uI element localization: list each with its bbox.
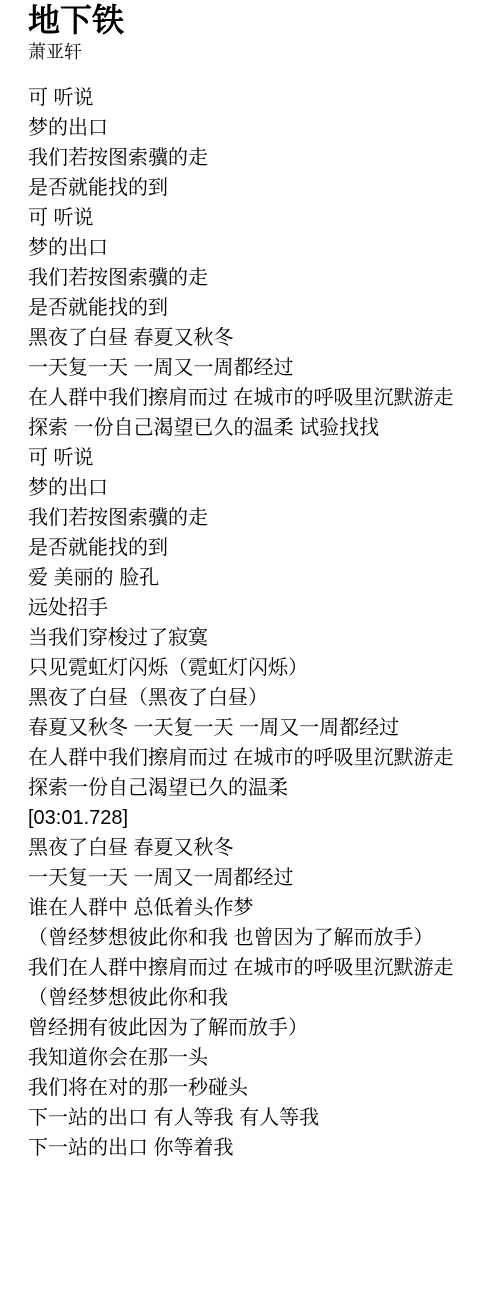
lyric-line: 黑夜了白昼 春夏又秋冬 <box>28 833 482 863</box>
lyric-line: 我们若按图索骥的走 <box>28 263 482 293</box>
lyric-line: 我们在人群中擦肩而过 在城市的呼吸里沉默游走 <box>28 953 482 983</box>
lyric-line: 一天复一天 一周又一周都经过 <box>28 353 482 383</box>
lyric-line: 爱 美丽的 脸孔 <box>28 563 482 593</box>
lyric-line: 可 听说 <box>28 443 482 473</box>
lyric-line: 我知道你会在那一头 <box>28 1043 482 1073</box>
lyric-line: 探索一份自己渴望已久的温柔 <box>28 773 482 803</box>
lyric-line: 我们将在对的那一秒碰头 <box>28 1073 482 1103</box>
lyric-line: 黑夜了白昼 春夏又秋冬 <box>28 323 482 353</box>
lyric-line: 当我们穿梭过了寂寞 <box>28 623 482 653</box>
lyric-line: 探索 一份自己渴望已久的温柔 试验找找 <box>28 413 482 443</box>
lyric-line: 远处招手 <box>28 593 482 623</box>
lyric-line: 我们若按图索骥的走 <box>28 503 482 533</box>
lyric-line: 下一站的出口 有人等我 有人等我 <box>28 1103 482 1133</box>
lyric-line: 在人群中我们擦肩而过 在城市的呼吸里沉默游走 <box>28 743 482 773</box>
lyric-line: 可 听说 <box>28 203 482 233</box>
lyric-line: 梦的出口 <box>28 113 482 143</box>
lyric-line: 只见霓虹灯闪烁（霓虹灯闪烁） <box>28 653 482 683</box>
lyric-line: 曾经拥有彼此因为了解而放手） <box>28 1013 482 1043</box>
lyric-line: 黑夜了白昼（黑夜了白昼） <box>28 683 482 713</box>
lyric-line: 是否就能找的到 <box>28 533 482 563</box>
lyric-line: 可 听说 <box>28 83 482 113</box>
lyric-line: （曾经梦想彼此你和我 <box>28 983 482 1013</box>
lyric-line: 一天复一天 一周又一周都经过 <box>28 863 482 893</box>
lyrics-block: 可 听说梦的出口我们若按图索骥的走是否就能找的到可 听说梦的出口我们若按图索骥的… <box>28 83 482 1163</box>
lyric-line: 我们若按图索骥的走 <box>28 143 482 173</box>
lyric-line: 是否就能找的到 <box>28 173 482 203</box>
lyrics-page: 地下铁 萧亚轩 可 听说梦的出口我们若按图索骥的走是否就能找的到可 听说梦的出口… <box>0 0 500 1300</box>
artist-name: 萧亚轩 <box>28 40 482 64</box>
lyric-line: 谁在人群中 总低着头作梦 <box>28 893 482 923</box>
lyric-line: 下一站的出口 你等着我 <box>28 1133 482 1163</box>
lyric-line: （曾经梦想彼此你和我 也曾因为了解而放手） <box>28 923 482 953</box>
lyric-line: 是否就能找的到 <box>28 293 482 323</box>
lyric-line: [03:01.728] <box>28 803 482 833</box>
lyric-line: 梦的出口 <box>28 233 482 263</box>
lyric-line: 在人群中我们擦肩而过 在城市的呼吸里沉默游走 <box>28 383 482 413</box>
lyric-line: 春夏又秋冬 一天复一天 一周又一周都经过 <box>28 713 482 743</box>
song-title: 地下铁 <box>28 2 482 38</box>
lyric-line: 梦的出口 <box>28 473 482 503</box>
